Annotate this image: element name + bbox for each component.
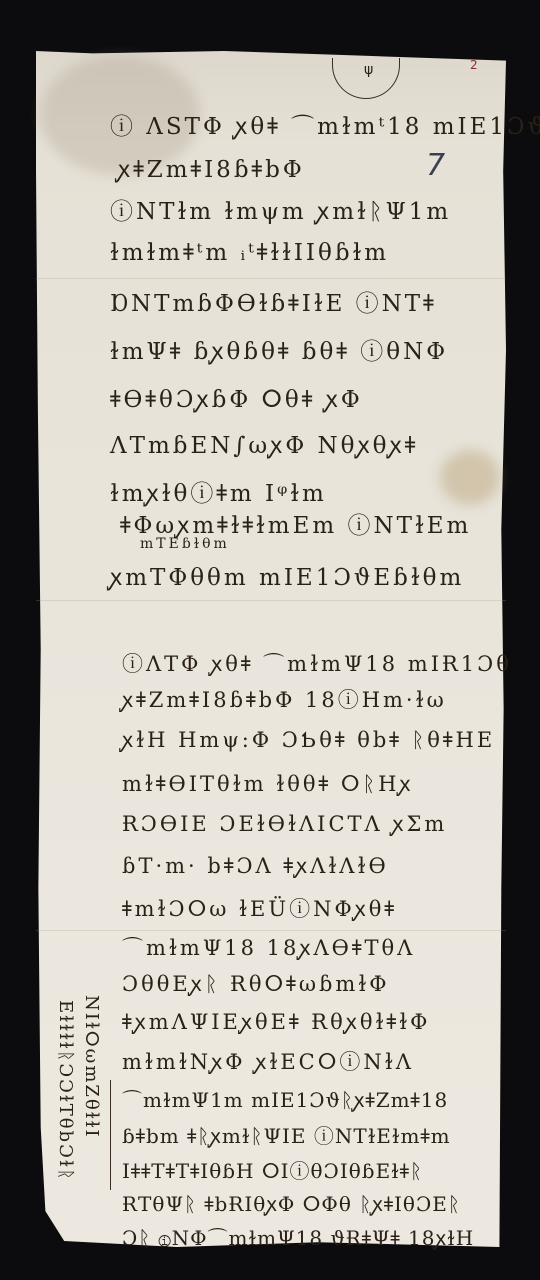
text-line: Ɔᚱ ⓘNΦ⌒mɫmΨ18 ϑɌǂΨǂ 18ꭙɫH — [122, 1222, 474, 1251]
top-circle-mark: ψ — [364, 62, 373, 78]
margin-bracket — [110, 1080, 119, 1190]
text-line: mɫmɫNꭙΦ ꭙɫECⵔⓘNɫɅ — [122, 1046, 414, 1076]
text-line: ǂmɫƆⵔω ɫEÜⓘNΦꭙθǂ — [122, 893, 397, 923]
text-line: ɫmꭙɫθⓘǂm Iᵠɫm — [110, 475, 327, 508]
text-line: ꭙmTΦθθm mIE1ƆϑEɓɫθm — [110, 560, 464, 592]
text-line: IǂǂTǂTǂIθɓH ⵔIⓘθƆIθɓEɫǂᚱ — [122, 1155, 423, 1184]
text-line: ⌒mɫmΨ1m mIE1ƆϑᚱꭙǂZmǂ18 — [122, 1084, 448, 1113]
margin-text-line: NIɫⵔωmZθɫɫI — [81, 995, 102, 1139]
text-line: ɓǂbm ǂᚱꭙmɫᚱΨIE ⓘNTɫEɫmǂm — [122, 1120, 451, 1149]
text-line: ɓT·m· bǂƆɅ ǂꭙɅɫɅɫƟ — [122, 852, 389, 880]
text-line: ⓘ ɅSTΦ ꭙθǂ ⌒mɫmᵗ18 mIE1Ɔϑǂ — [110, 108, 540, 141]
corner-mark: 2 — [470, 58, 478, 72]
text-line: ⱰNTmɓΦƟɫɓǂIɫE ⓘNTǂ — [110, 285, 437, 318]
text-line: ꭙǂZmǂI8ɓǂbΦ 18ⓘHm·ɫω — [122, 684, 447, 714]
text-line: ⓘNTɫm ɫmψm ꭙmɫᚱΨ1m — [110, 193, 451, 226]
margin-text-line: EɫɫɫɫᚱƆƆɫTθbƆɫᚱ — [55, 1000, 76, 1182]
text-line: ɌTθΨᚱ ǂbɌIθꭙΦ ⵔΦθ ᚱꭙǂIθƆEᚱ — [122, 1190, 461, 1217]
text-line: ǂꭙmɅΨIEꭙθEǂ ɌθꭙθɫǂɫΦ — [122, 1008, 430, 1036]
text-line: ꭙɫH Hmψ:Φ ƆƄθǂ θbǂ ᚱθǂHE — [122, 726, 495, 754]
text-line: ɅTmɓEN∫ωꭙΦ Nθꭙθꭙǂ — [110, 428, 418, 460]
text-line: ⌒mɫmΨ18 18ꭙɅƟǂTθɅ — [122, 932, 415, 962]
paper-stain — [440, 450, 500, 505]
folio-number: 7 — [426, 148, 445, 183]
fold-line — [36, 278, 506, 279]
text-line: ƆθθEꭙᚱ ɌθⵔǂωɓmɫΦ — [122, 970, 390, 998]
text-line: ǂƟǂθƆꭙɓΦ ⵔθǂ ꭙΦ — [110, 382, 363, 414]
text-line: ꭙǂZmǂI8ɓǂbΦ — [118, 152, 305, 184]
fold-line — [36, 930, 506, 931]
text-line: ɫmΨǂ ɓꭙθɓθǂ ɓθǂ ⓘθNΦ — [110, 333, 448, 366]
text-line: ɫmɫmǂᵗm ᵢᵗǂɫɫIIθɓɫm — [110, 240, 389, 266]
text-line: ɌƆƟIE ƆEɫƟɫɅICTɅ ꭙΣm — [122, 810, 447, 838]
fold-line — [36, 600, 506, 601]
text-line: mɫǂƟITθɫm ɫθθǂ ⵔᚱHꭙ — [122, 770, 414, 798]
text-line: ⓘɅTΦ ꭙθǂ ⌒mɫmΨ18 mIɌ1Ɔθ — [122, 648, 512, 678]
text-line: mTEɓɫθm — [140, 536, 230, 552]
